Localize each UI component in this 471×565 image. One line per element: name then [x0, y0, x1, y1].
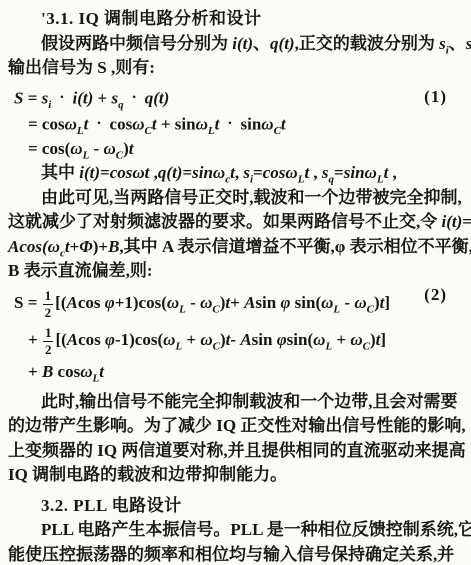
- text-run: [(: [55, 293, 66, 312]
- text-run: 假设两路中频信号分别为: [41, 34, 232, 53]
- text-run: =: [334, 163, 344, 182]
- text-run: •: [97, 118, 100, 128]
- math-text: B: [108, 237, 119, 256]
- math-text: Acos(ω: [8, 237, 60, 256]
- text-run: + sin: [157, 114, 196, 133]
- text-run: ,: [309, 163, 322, 182]
- text-run: [(: [55, 330, 66, 349]
- math-text: i(t): [232, 34, 253, 53]
- text-run: cos: [78, 293, 105, 312]
- text-run: S =: [14, 293, 42, 312]
- math-text: B: [42, 362, 53, 381]
- text-run: ]: [380, 330, 386, 349]
- text-run: =: [100, 163, 110, 182]
- document-page: '3.1. IQ 调制电路分析和设计假设两路中频信号分别为 i(t)、q(t),…: [0, 0, 471, 565]
- text-run: =: [182, 163, 192, 182]
- text-run: +: [182, 330, 200, 349]
- text-run: =: [23, 88, 41, 107]
- text-run: 其中: [41, 163, 79, 182]
- text-run: +: [93, 88, 111, 107]
- math-text: t: [99, 362, 104, 381]
- math-text: s: [439, 34, 446, 53]
- math-text: ω: [65, 114, 77, 133]
- math-text: φ: [277, 330, 287, 349]
- math-text: q(t): [158, 163, 183, 182]
- text-run: = cos(: [28, 139, 70, 158]
- text-run: 、: [253, 34, 270, 53]
- paragraph-line: 假设两路中频信号分别为 i(t)、q(t),正交的载波分别为 si、sq,: [8, 32, 471, 57]
- paragraph-line: 其中 i(t)=cosωt ,q(t)=sinωct, si=cosωLt , …: [8, 161, 471, 186]
- paragraph-line: 这就减少了对射频滤波器的要求。如果两路信号不止交,令 i(t)=: [8, 210, 471, 235]
- text-run: -: [89, 139, 103, 158]
- text-run: +: [332, 330, 350, 349]
- text-run: 此时,输出信号不能完全抑制载波和一个边带,且会对需要: [41, 392, 458, 411]
- text-run: ,: [388, 163, 397, 182]
- math-text: cosωt: [110, 163, 150, 182]
- paragraph-line: Acos(ωct+Φ)+B,其中 A 表示信道增益不平衡,φ 表示相位不平衡,: [8, 235, 471, 260]
- equation-1-line-1: S = si•i(t) + sq•q(t)(1): [8, 85, 471, 111]
- subscript: C: [363, 340, 370, 352]
- math-text: φ: [105, 293, 115, 312]
- text-run: •: [60, 92, 63, 102]
- text-run: sin: [252, 330, 277, 349]
- math-text: ω: [80, 362, 92, 381]
- text-run: 的边带产生影响。为了减少 IQ 正交性对输出信号性能的影响,: [8, 416, 466, 435]
- math-text: ω: [132, 114, 144, 133]
- math-text: ω: [354, 293, 366, 312]
- text-run: 能使压控振荡器的频率和相位均与输入信号保持确定关系,并: [8, 545, 454, 564]
- text-run: cos: [78, 330, 105, 349]
- paragraph-line: IQ 调制电路的载波和边带抑制能力。: [8, 463, 471, 488]
- math-text: s: [322, 163, 329, 182]
- math-text: ω: [70, 139, 82, 158]
- text-run: +1)cos(: [115, 293, 167, 312]
- text-run: cos: [53, 362, 80, 381]
- equation-2-line-2: + 12[(Acos φ-1)cos(ωL + ωC)t- Asin φsin(…: [8, 321, 471, 358]
- text-run: +: [28, 362, 42, 381]
- paragraph-line: 的边带产生影响。为了减少 IQ 正交性对输出信号性能的影响,: [8, 414, 471, 439]
- math-text: ω: [350, 330, 362, 349]
- text-run: 由此可见,当两路信号正交时,载波和一个边带被完全抑制,: [41, 188, 462, 207]
- math-text: q(t): [270, 34, 295, 53]
- math-text: Φ: [79, 237, 92, 256]
- text-run: +: [230, 293, 244, 312]
- subscript: C: [212, 303, 219, 315]
- text-run: -1)cos(: [115, 330, 163, 349]
- math-text: cosω: [263, 163, 298, 182]
- math-text: sinω: [192, 163, 225, 182]
- math-text: ω: [103, 139, 115, 158]
- paragraph-line: B 表示直流偏差,则:: [8, 259, 471, 284]
- math-text: s: [243, 163, 250, 182]
- math-text: ω: [261, 114, 273, 133]
- math-text: A: [67, 330, 78, 349]
- text-run: PLL 电路产生本振信号。PLL 是一种相位反馈控制系统,它: [41, 520, 471, 539]
- text-run: +: [70, 237, 80, 256]
- section-heading-3-1: '3.1. IQ 调制电路分析和设计: [8, 7, 471, 32]
- text-run: 输出信号为 S ,则有:: [8, 58, 155, 77]
- text-run: sin: [240, 114, 261, 133]
- subscript: L: [377, 173, 384, 185]
- text-run: -: [230, 330, 240, 349]
- paragraph-line: 由此可见,当两路信号正交时,载波和一个边带被完全抑制,: [8, 186, 471, 211]
- text-run: sin(: [287, 330, 313, 349]
- math-text: A: [240, 330, 251, 349]
- equation-number: (1): [424, 85, 447, 110]
- text-run: 上变频器的 IQ 两信道要对称,并且提供相同的直流驱动来提高: [8, 441, 466, 460]
- text-run: sin: [255, 293, 280, 312]
- subscript: q: [118, 98, 124, 110]
- section-heading-3-2: 3.2. PLL 电路设计: [8, 494, 471, 519]
- paragraph-line: 上变频器的 IQ 两信道要对称,并且提供相同的直流驱动来提高: [8, 439, 471, 464]
- math-text: ω: [200, 330, 212, 349]
- text-run: =: [253, 163, 263, 182]
- math-text: ω: [167, 293, 179, 312]
- subscript: C: [274, 124, 281, 136]
- math-text: A: [244, 293, 255, 312]
- text-run: )+: [93, 237, 108, 256]
- fraction: 12: [43, 289, 54, 319]
- subscript: C: [116, 149, 123, 161]
- text-run: B 表示直流偏差,则:: [8, 261, 153, 280]
- text-run: = cos: [28, 114, 65, 133]
- math-text: t: [84, 114, 89, 133]
- subscript: C: [145, 124, 152, 136]
- subscript: L: [179, 303, 186, 315]
- math-text: φ: [105, 330, 115, 349]
- text-run: 、: [449, 34, 466, 53]
- subscript: L: [208, 124, 215, 136]
- equation-1-line-2: = cosωLt•cosωCt + sinωLt•sinωCt: [8, 111, 471, 137]
- math-text: i(t): [442, 212, 463, 231]
- text-run: ,正交的载波分别为: [295, 34, 440, 53]
- text-run: +: [28, 330, 42, 349]
- text-run: -: [340, 293, 354, 312]
- math-text: ω: [196, 114, 208, 133]
- text-run: 3.2. PLL 电路设计: [41, 496, 182, 515]
- math-text: t: [129, 139, 134, 158]
- math-text: i(t): [73, 88, 94, 107]
- paragraph-line: 输出信号为 S ,则有:: [8, 56, 471, 81]
- equation-1-line-3: = cos(ωL - ωC)t: [8, 137, 471, 162]
- text-run: •: [133, 92, 136, 102]
- text-run: -: [186, 293, 200, 312]
- paragraph-line: PLL 电路产生本振信号。PLL 是一种相位反馈控制系统,它: [8, 518, 471, 543]
- text-run: cos: [110, 114, 133, 133]
- subscript: L: [77, 124, 84, 136]
- math-text: φ: [280, 293, 290, 312]
- equation-2-line-3: + B cosωLt: [8, 358, 471, 386]
- math-text: ω: [200, 293, 212, 312]
- subscript: C: [213, 340, 220, 352]
- paragraph-line: 能使压控振荡器的频率和相位均与输入信号保持确定关系,并: [8, 543, 471, 565]
- text-run: •: [228, 118, 231, 128]
- math-text: ω: [321, 293, 333, 312]
- text-run: IQ 调制电路的载波和边带抑制能力。: [8, 465, 287, 484]
- fraction: 12: [43, 326, 54, 356]
- subscript: i: [48, 98, 51, 110]
- text-run: 这就减少了对射频滤波器的要求。如果两路信号不止交,令: [8, 212, 442, 231]
- math-text: q(t): [145, 88, 170, 107]
- text-run: ,: [149, 163, 158, 182]
- text-run: ,其中 A 表示信道增益不平衡,φ 表示相位不平衡,: [119, 237, 471, 256]
- math-text: s: [466, 34, 471, 53]
- subscript: C: [367, 303, 374, 315]
- math-text: A: [66, 293, 77, 312]
- equation-number: (2): [424, 283, 447, 308]
- math-text: ω: [163, 330, 175, 349]
- math-text: t: [281, 114, 286, 133]
- text-run: '3.1. IQ 调制电路分析和设计: [41, 9, 262, 28]
- math-text: sinω: [344, 163, 377, 182]
- math-text: ω: [313, 330, 325, 349]
- text-run: sin(: [290, 293, 321, 312]
- math-text: i(t): [79, 163, 100, 182]
- math-text: t: [215, 114, 220, 133]
- text-run: =: [462, 212, 471, 231]
- equation-2-line-1: S = 12[(Acos φ+1)cos(ωL - ωC)t+ Asin φ s…: [8, 284, 471, 321]
- paragraph-line: 此时,输出信号不能完全抑制载波和一个边带,且会对需要: [8, 390, 471, 415]
- text-run: ]: [384, 293, 390, 312]
- document-text: '3.1. IQ 调制电路分析和设计假设两路中频信号分别为 i(t)、q(t),…: [8, 7, 471, 565]
